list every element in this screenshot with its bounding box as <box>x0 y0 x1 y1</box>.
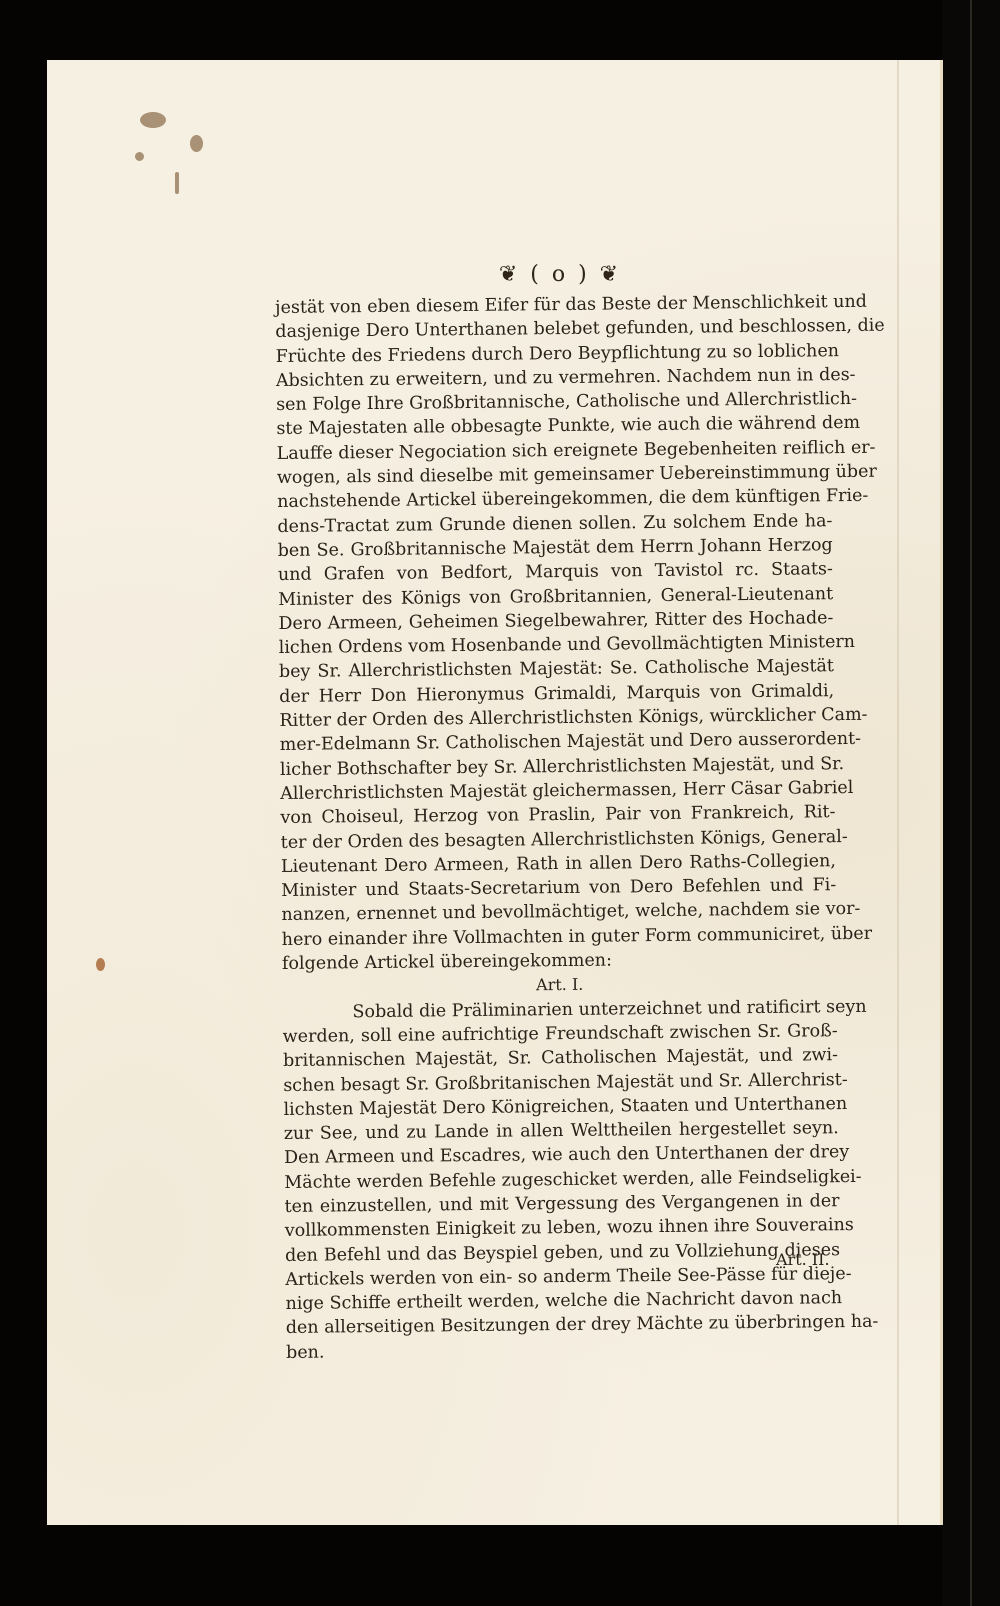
scan-edge-line <box>970 0 972 1606</box>
ink-stain <box>175 172 179 194</box>
ink-stain <box>96 958 105 971</box>
ink-stain <box>135 152 144 161</box>
ink-stain <box>190 135 203 152</box>
article-1-body: Sobald die Präliminarien unterzeichnet u… <box>282 995 841 1365</box>
page-header-ornament: ❦ ( o ) ❦ <box>420 262 700 287</box>
ink-stain <box>140 112 166 128</box>
catchword: Art. II. <box>776 1250 830 1269</box>
body-text: jestät von eben diesem Eifer für das Bes… <box>275 290 841 1365</box>
page-fold-crease <box>897 60 899 1525</box>
paragraph-preamble: jestät von eben diesem Eifer für das Bes… <box>275 290 837 976</box>
